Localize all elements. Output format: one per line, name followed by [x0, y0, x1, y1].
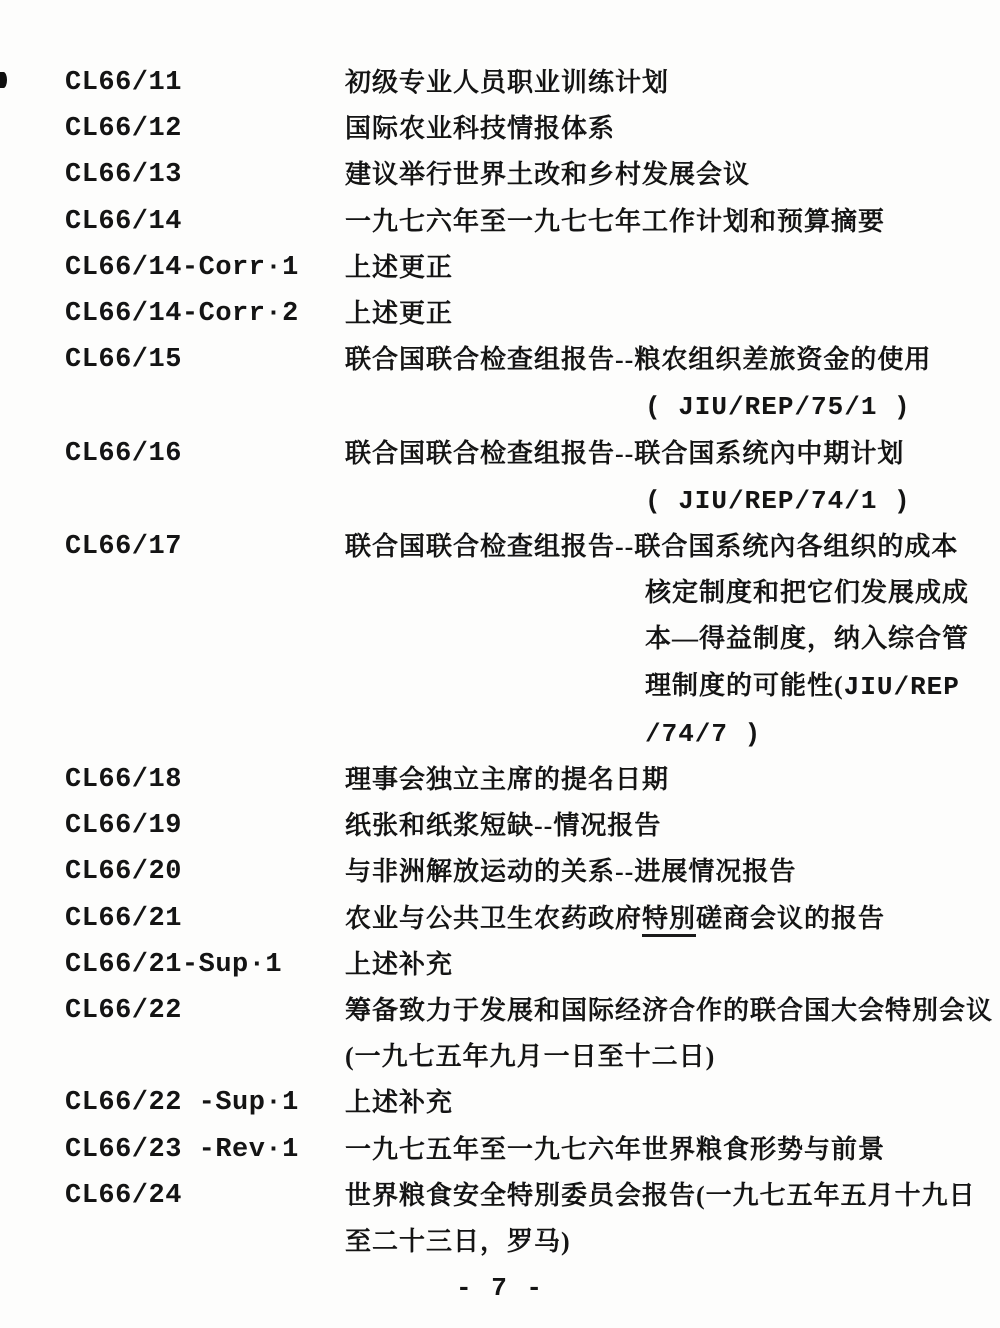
list-item: CL66/21-Sup·1上述补充: [65, 942, 1000, 988]
title-line: 农业与公共卫生农药政府特別磋商会议的报告: [345, 896, 1000, 942]
title-text: 至二十三日，罗马): [345, 1227, 571, 1256]
title-text: ( JIU/REP/75/1 ): [645, 392, 911, 422]
title-text: 一九七五年至一九七六年世界粮食形势与前景: [345, 1135, 885, 1164]
document-code: CL66/12: [65, 106, 345, 152]
document-title: 与非洲解放运动的关系--进展情况报告: [345, 849, 1000, 895]
document-title: 一九七六年至一九七七年工作计划和预算摘要: [345, 199, 1000, 245]
list-item: CL66/18理事会独立主席的提名日期: [65, 757, 1000, 803]
document-code: CL66/11: [65, 60, 345, 106]
list-item: CL66/24世界粮食安全特別委员会报告(一九七五年五月十九日至二十三日，罗马): [65, 1173, 1000, 1265]
document-title: 纸张和纸浆短缺--情况报告: [345, 803, 1000, 849]
list-item: CL66/14-Corr·1上述更正: [65, 245, 1000, 291]
title-line: 至二十三日，罗马): [345, 1219, 1000, 1265]
document-code: CL66/14-Corr·1: [65, 245, 345, 291]
title-line: 世界粮食安全特別委员会报告(一九七五年五月十九日: [345, 1173, 1000, 1219]
list-item: CL66/22 -Sup·1上述补充: [65, 1080, 1000, 1126]
title-text: 上述更正: [345, 253, 453, 282]
title-line: 与非洲解放运动的关系--进展情况报告: [345, 849, 1000, 895]
document-list: CL66/11初级专业人员职业训练计划CL66/12国际农业科技情报体系CL66…: [0, 0, 1000, 1265]
title-text: ( JIU/REP/74/1 ): [645, 486, 911, 516]
document-title: 理事会独立主席的提名日期: [345, 757, 1000, 803]
title-text: /74/7 ): [645, 719, 761, 749]
document-code: CL66/20: [65, 849, 345, 895]
list-item: CL66/21农业与公共卫生农药政府特別磋商会议的报告: [65, 896, 1000, 942]
title-line: 核定制度和把它们发展成成: [345, 570, 1000, 616]
document-code: CL66/14-Corr·2: [65, 291, 345, 337]
title-line: 上述更正: [345, 291, 1000, 337]
title-text: 联合国联合检查组报告--联合国系统內中期计划: [345, 439, 904, 468]
title-line: 理制度的可能性(JIU/REP: [345, 663, 1000, 710]
list-item: CL66/17联合国联合检查组报告--联合国系统內各组织的成本核定制度和把它们发…: [65, 524, 1000, 757]
document-title: 上述更正: [345, 291, 1000, 337]
title-line: 初级专业人员职业训练计划: [345, 60, 1000, 106]
title-line: ( JIU/REP/74/1 ): [345, 477, 1000, 524]
document-code: CL66/24: [65, 1173, 345, 1219]
title-text: 上述更正: [345, 299, 453, 328]
document-title: 上述更正: [345, 245, 1000, 291]
title-text: 国际农业科技情报体系: [345, 114, 615, 143]
document-title: 联合国联合检查组报告--联合国系统內中期计划( JIU/REP/74/1 ): [345, 431, 1000, 524]
document-code: CL66/16: [65, 431, 345, 477]
title-text: 一九七六年至一九七七年工作计划和预算摘要: [345, 207, 885, 236]
title-line: 上述更正: [345, 245, 1000, 291]
list-item: CL66/19纸张和纸浆短缺--情况报告: [65, 803, 1000, 849]
document-code: CL66/22: [65, 988, 345, 1034]
list-item: CL66/16联合国联合检查组报告--联合国系统內中期计划( JIU/REP/7…: [65, 431, 1000, 524]
title-line: 筹备致力于发展和国际经济合作的联合国大会特別会议: [345, 988, 1000, 1034]
title-text: 上述补充: [345, 950, 453, 979]
document-code: CL66/21: [65, 896, 345, 942]
title-line: 纸张和纸浆短缺--情况报告: [345, 803, 1000, 849]
title-text: 初级专业人员职业训练计划: [345, 68, 669, 97]
list-item: CL66/14一九七六年至一九七七年工作计划和预算摘要: [65, 199, 1000, 245]
document-code: CL66/13: [65, 152, 345, 198]
document-title: 筹备致力于发展和国际经济合作的联合国大会特別会议(一九七五年九月一日至十二日): [345, 988, 1000, 1080]
title-text: 磋商会议的报告: [696, 904, 885, 933]
document-title: 上述补充: [345, 942, 1000, 988]
title-text: 理制度的可能性(: [645, 671, 844, 700]
document-code: CL66/22 -Sup·1: [65, 1080, 345, 1126]
document-page: CL66/11初级专业人员职业训练计划CL66/12国际农业科技情报体系CL66…: [0, 0, 1000, 1328]
title-text: 建议举行世界土改和乡村发展会议: [345, 160, 750, 189]
title-text: 筹备致力于发展和国际经济合作的联合国大会特別会议: [345, 996, 993, 1025]
title-line: 上述补充: [345, 1080, 1000, 1126]
list-item: CL66/14-Corr·2上述更正: [65, 291, 1000, 337]
title-text: 上述补充: [345, 1088, 453, 1117]
page-footer: - 7 -: [0, 1273, 1000, 1303]
document-title: 国际农业科技情报体系: [345, 106, 1000, 152]
document-code: CL66/14: [65, 199, 345, 245]
document-title: 世界粮食安全特別委员会报告(一九七五年五月十九日至二十三日，罗马): [345, 1173, 1000, 1265]
list-item: CL66/20与非洲解放运动的关系--进展情况报告: [65, 849, 1000, 895]
list-item: CL66/22筹备致力于发展和国际经济合作的联合国大会特別会议(一九七五年九月一…: [65, 988, 1000, 1080]
title-text: 世界粮食安全特別委员会报告(一九七五年五月十九日: [345, 1181, 976, 1210]
title-line: 联合国联合检查组报告--联合国系统內中期计划: [345, 431, 1000, 477]
list-item: CL66/23 -Rev·1一九七五年至一九七六年世界粮食形势与前景: [65, 1127, 1000, 1173]
title-line: 国际农业科技情报体系: [345, 106, 1000, 152]
title-line: ( JIU/REP/75/1 ): [345, 383, 1000, 430]
title-line: 一九七五年至一九七六年世界粮食形势与前景: [345, 1127, 1000, 1173]
document-title: 建议举行世界土改和乡村发展会议: [345, 152, 1000, 198]
document-code: CL66/15: [65, 337, 345, 383]
title-text: 与非洲解放运动的关系--进展情况报告: [345, 857, 796, 886]
title-text: (一九七五年九月一日至十二日): [345, 1042, 715, 1071]
title-text: 核定制度和把它们发展成成: [645, 578, 969, 607]
document-title: 一九七五年至一九七六年世界粮食形势与前景: [345, 1127, 1000, 1173]
document-title: 联合国联合检查组报告--联合国系统內各组织的成本核定制度和把它们发展成成本—得益…: [345, 524, 1000, 757]
list-item: CL66/15联合国联合检查组报告--粮农组织差旅资金的使用( JIU/REP/…: [65, 337, 1000, 430]
title-line: 理事会独立主席的提名日期: [345, 757, 1000, 803]
scan-artifact: [0, 72, 7, 88]
title-line: 上述补充: [345, 942, 1000, 988]
title-line: 联合国联合检查组报告--粮农组织差旅资金的使用: [345, 337, 1000, 383]
title-line: 本—得益制度，纳入综合管: [345, 616, 1000, 662]
title-text: 联合国联合检查组报告--联合国系统內各组织的成本: [345, 532, 958, 561]
document-code: CL66/18: [65, 757, 345, 803]
title-text: 联合国联合检查组报告--粮农组织差旅资金的使用: [345, 345, 931, 374]
title-text: 纸张和纸浆短缺--情况报告: [345, 811, 661, 840]
title-text: JIU/REP: [844, 672, 960, 702]
title-text: 理事会独立主席的提名日期: [345, 765, 669, 794]
underlined-text: 特別: [642, 904, 696, 937]
title-line: /74/7 ): [345, 710, 1000, 757]
document-code: CL66/17: [65, 524, 345, 570]
document-title: 联合国联合检查组报告--粮农组织差旅资金的使用( JIU/REP/75/1 ): [345, 337, 1000, 430]
title-line: 联合国联合检查组报告--联合国系统內各组织的成本: [345, 524, 1000, 570]
list-item: CL66/11初级专业人员职业训练计划: [65, 60, 1000, 106]
document-code: CL66/23 -Rev·1: [65, 1127, 345, 1173]
document-code: CL66/19: [65, 803, 345, 849]
document-title: 农业与公共卫生农药政府特別磋商会议的报告: [345, 896, 1000, 942]
list-item: CL66/13建议举行世界土改和乡村发展会议: [65, 152, 1000, 198]
list-item: CL66/12国际农业科技情报体系: [65, 106, 1000, 152]
title-text: 本—得益制度，纳入综合管: [645, 624, 969, 653]
title-line: 一九七六年至一九七七年工作计划和预算摘要: [345, 199, 1000, 245]
title-line: 建议举行世界土改和乡村发展会议: [345, 152, 1000, 198]
document-code: CL66/21-Sup·1: [65, 942, 345, 988]
document-title: 初级专业人员职业训练计划: [345, 60, 1000, 106]
title-line: (一九七五年九月一日至十二日): [345, 1034, 1000, 1080]
title-text: 农业与公共卫生农药政府: [345, 904, 642, 933]
document-title: 上述补充: [345, 1080, 1000, 1126]
page-number: - 7 -: [456, 1273, 544, 1303]
